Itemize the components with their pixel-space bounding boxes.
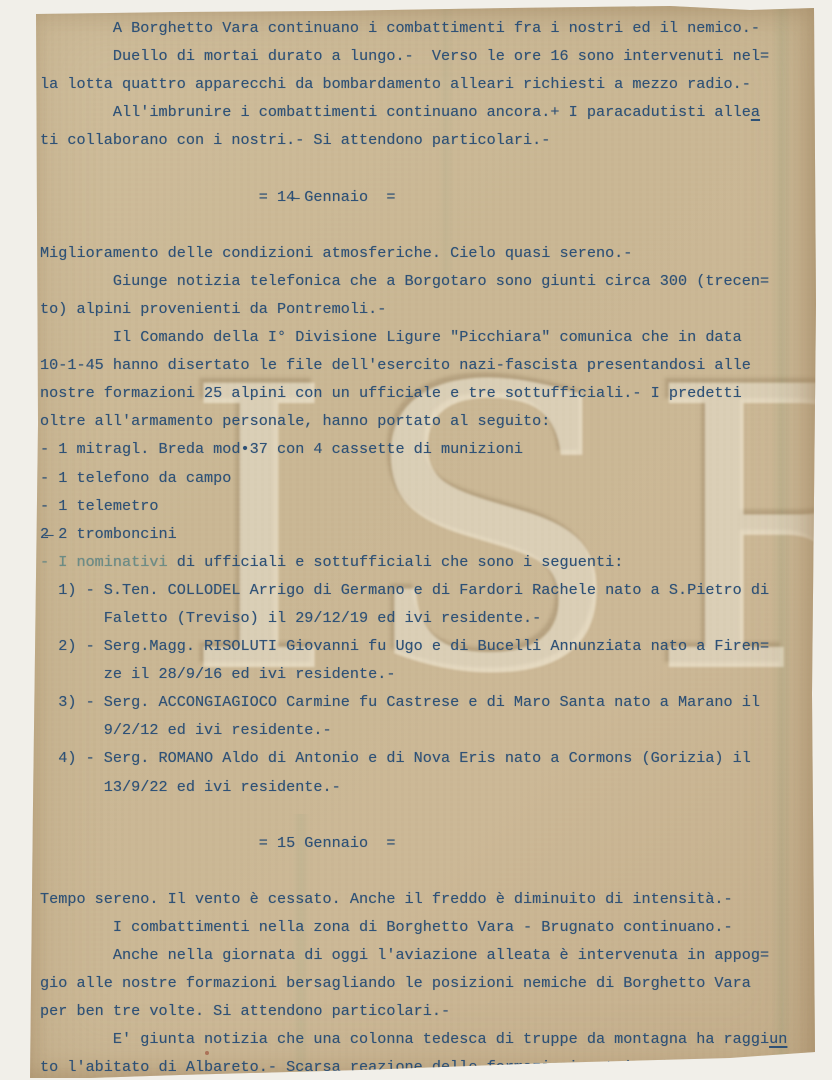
text-line: - I nominativi di ufficiali e sottuffici… [40,548,806,576]
blank-line [40,857,806,885]
paper-sheet: ISR A Borghetto Vara continuano i combat… [30,4,816,1078]
name-list-item: 4) - Serg. ROMANO Aldo di Antonio e di N… [40,744,806,772]
text-line: Il Comando della I° Divisione Ligure "Pi… [40,323,806,351]
name-list-item: 9/2/12 ed ivi residente.- [40,716,806,744]
text-line: la lotta quattro apparecchi da bombardam… [40,70,806,98]
name-list-item: ze il 28/9/16 ed ivi residente.- [40,660,806,688]
underlined-continuation: un [769,1030,787,1048]
faded-text-segment: - I nominativi [40,553,168,571]
blank-line [40,801,806,829]
equipment-list-item: - 1 telemetro [40,492,806,520]
underlined-continuation: a [751,103,760,121]
blank-line [40,211,806,239]
text-line: nostre formazioni 25 alpini con un uffic… [40,379,806,407]
ink-speck [205,1051,209,1055]
text-line: Anche nella giornata di oggi l'aviazione… [40,941,806,969]
text-line: E' giunta notizia che una colonna tedesc… [40,1025,806,1053]
equipment-list-item: - 1 mitragl. Breda mod•37 con 4 cassette… [40,435,806,463]
blank-line [40,154,806,182]
text-line: All'imbrunire i combattimenti continuano… [40,98,806,126]
name-list-item: 1) - S.Ten. COLLODEL Arrigo di Germano e… [40,576,806,604]
text-line: Giunge notizia telefonica che a Borgotar… [40,267,806,295]
text-line: Miglioramento delle condizioni atmosferi… [40,239,806,267]
text-line: gio alle nostre formazioni bersagliando … [40,969,806,997]
text-line: Tempo sereno. Il vento è cessato. Anche … [40,885,806,913]
equipment-list-item: 2̶ 2 tromboncini [40,520,806,548]
text-line: A Borghetto Vara continuano i combattime… [40,14,806,42]
text-line: to) alpini provenienti da Pontremoli.- [40,295,806,323]
name-list-item: 3) - Serg. ACCONGIAGIOCO Carmine fu Cast… [40,688,806,716]
name-list-item: 2) - Serg.Magg. RISOLUTI Giovanni fu Ugo… [40,632,806,660]
text-segment: All'imbrunire i combattimenti continuano… [40,103,751,121]
text-line: I combattimenti nella zona di Borghetto … [40,913,806,941]
text-line: Duello di mortai durato a lungo.- Verso … [40,42,806,70]
name-list-item: Faletto (Treviso) il 29/12/19 ed ivi res… [40,604,806,632]
text-line: oltre all'armamento personale, hanno por… [40,407,806,435]
name-list-item: 13/9/22 ed ivi residente.- [40,773,806,801]
text-line: per ben tre volte. Si attendono particol… [40,997,806,1025]
text-line: to l'abitato di Albareto.- Scarsa reazio… [40,1053,806,1080]
typewritten-text: A Borghetto Vara continuano i combattime… [40,14,806,1080]
text-line: ti collaborano con i nostri.- Si attendo… [40,126,806,154]
text-line: 10-1-45 hanno disertato le file dell'ese… [40,351,806,379]
equipment-list-item: - 1 telefono da campo [40,464,806,492]
date-heading-15-gennaio: = 15 Gennaio = [40,829,806,857]
text-segment: di ufficiali e sottufficiali che sono i … [168,553,624,571]
text-segment: E' giunta notizia che una colonna tedesc… [40,1030,769,1048]
scanned-document-page: { "page": { "background_color": "#f1efe9… [0,0,832,1080]
date-heading-14-gennaio: = 14̶ Gennaio = [40,183,806,211]
